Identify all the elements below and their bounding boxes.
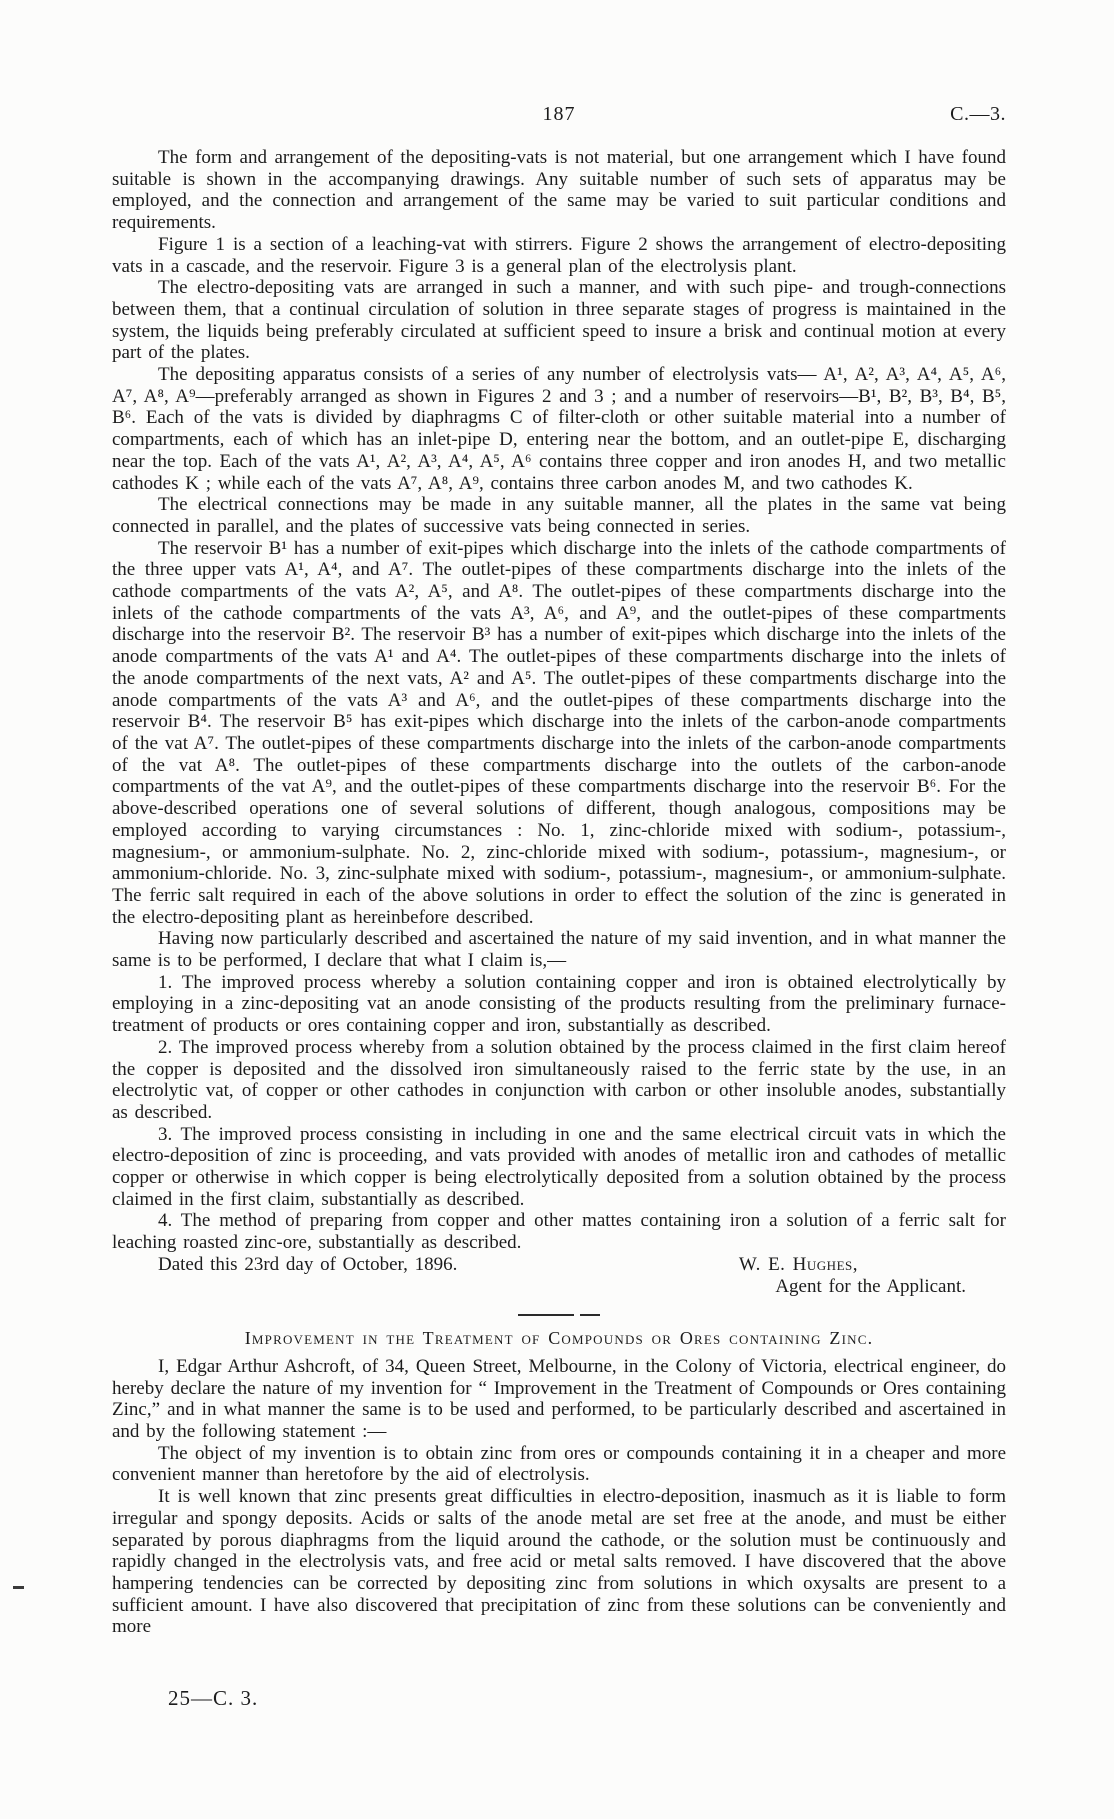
document-page: 187 C.—3. The form and arrangement of th… <box>0 0 1114 1819</box>
paragraph-apparatus: The depositing apparatus consists of a s… <box>112 364 1006 494</box>
paragraph-object-of-invention: The object of my invention is to obtain … <box>112 1443 1006 1486</box>
dated-line: Dated this 23rd day of October, 1896. <box>112 1254 457 1276</box>
footer-signature-code: 25—C. 3. <box>168 1686 258 1711</box>
paragraph-reservoirs: The reservoir B¹ has a number of exit-pi… <box>112 538 1006 929</box>
claim-1: 1. The improved process whereby a soluti… <box>112 972 1006 1037</box>
section-heading: Improvement in the Treatment of Compound… <box>112 1328 1006 1350</box>
claim-3: 3. The improved process consisting in in… <box>112 1124 1006 1211</box>
signer-role: Agent for the Applicant. <box>112 1276 1006 1298</box>
document-body: The form and arrangement of the depositi… <box>112 147 1006 1638</box>
divider-long-dash <box>518 1314 574 1316</box>
paragraph-electrical-connections: The electrical connections may be made i… <box>112 494 1006 537</box>
paragraph-circulation: The electro-depositing vats are arranged… <box>112 277 1006 364</box>
claim-4: 4. The method of preparing from copper a… <box>112 1210 1006 1253</box>
signer-name: W. E. Hughes, <box>739 1254 858 1276</box>
paragraph-zinc-difficulties: It is well known that zinc presents grea… <box>112 1486 1006 1638</box>
paragraph-figures: Figure 1 is a section of a leaching-vat … <box>112 234 1006 277</box>
page-number: 187 <box>543 103 576 126</box>
margin-dash-mark <box>13 1586 24 1589</box>
paragraph-declaration: Having now particularly described and as… <box>112 928 1006 971</box>
divider-short-dash <box>580 1314 600 1316</box>
section-divider <box>516 1313 602 1316</box>
paragraph-ashcroft-declaration: I, Edgar Arthur Ashcroft, of 34, Queen S… <box>112 1356 1006 1443</box>
signature-row: Dated this 23rd day of October, 1896. W.… <box>112 1254 1006 1276</box>
document-code: C.—3. <box>950 103 1006 126</box>
paragraph-arrangement: The form and arrangement of the depositi… <box>112 147 1006 234</box>
claim-2: 2. The improved process whereby from a s… <box>112 1037 1006 1124</box>
page-header: 187 C.—3. <box>112 103 1006 129</box>
